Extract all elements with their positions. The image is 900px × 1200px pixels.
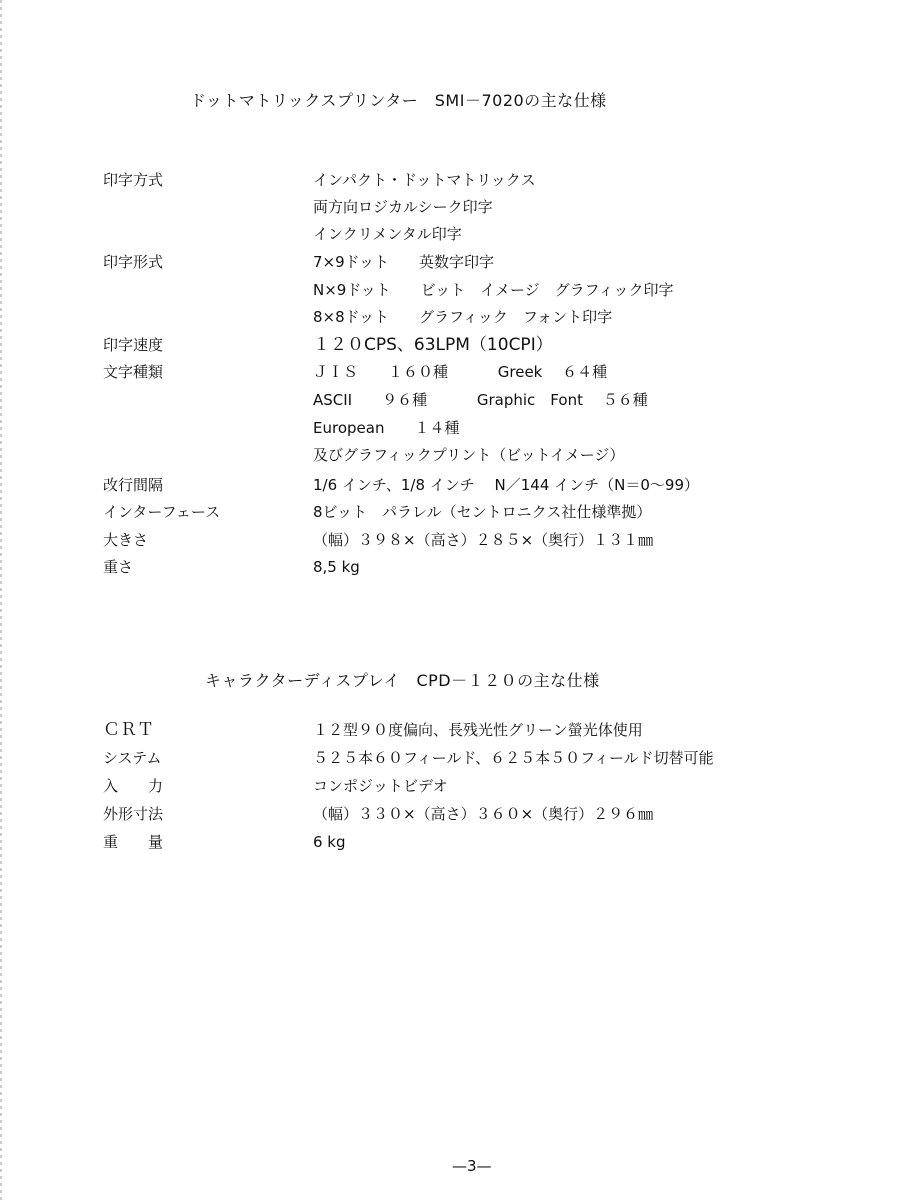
- display-section-title: キャラクターディスプレイ CPD－１２０の主な仕様: [205, 668, 600, 691]
- spec-value: 7×9ドット 英数字印字: [313, 252, 494, 272]
- printer-section-title: ドットマトリックスプリンター SMI－7020の主な仕様: [190, 88, 607, 111]
- spec-value: 8ビット パラレル（セントロニクス社仕様準拠）: [313, 502, 651, 522]
- spec-value: 8×8ドット グラフィック フォント印字: [313, 307, 612, 327]
- spec-value: （幅）３３０×（高さ）３６０×（奥行）２９６㎜: [313, 804, 653, 824]
- spec-value: 及びグラフィックプリント（ビットイメージ）: [313, 445, 624, 465]
- spec-label: 文字種類: [103, 362, 163, 382]
- spec-value: 両方向ロジカルシーク印字: [313, 197, 493, 217]
- spec-value: （幅）３９８×（高さ）２８５×（奥行）１３１㎜: [313, 530, 653, 550]
- spec-label: 入 力: [103, 776, 163, 796]
- spec-label: システム: [103, 748, 162, 768]
- page-edge: [0, 0, 2, 1200]
- spec-value: ５２５本６０フィールド、６２５本５０フィールド切替可能: [313, 748, 714, 768]
- spec-value: インパクト・ドットマトリックス: [313, 170, 536, 190]
- spec-label: 大きさ: [103, 530, 148, 550]
- page-number: —3—: [452, 1157, 492, 1175]
- spec-value: ＪＩＳ １６０種 Greek ６４種: [313, 362, 607, 382]
- spec-value: 8,5 kg: [313, 557, 360, 577]
- spec-value: 1/6 インチ、1/8 インチ N／144 インチ（N＝0〜99）: [313, 475, 699, 495]
- spec-label: 印字方式: [103, 170, 163, 190]
- spec-label: 印字速度: [103, 335, 163, 355]
- spec-value: １２０CPS、63LPM（10CPI）: [313, 335, 553, 355]
- spec-label: ＣＲＴ: [103, 720, 154, 740]
- spec-value: インクリメンタル印字: [313, 224, 462, 244]
- spec-value: 6 kg: [313, 832, 346, 852]
- spec-value: N×9ドット ビット イメージ グラフィック印字: [313, 280, 674, 300]
- spec-value: コンポジットビデオ: [313, 776, 448, 796]
- spec-value: European １４種: [313, 418, 459, 438]
- spec-label: 重 量: [103, 832, 163, 852]
- spec-label: 改行間隔: [103, 475, 163, 495]
- spec-label: 印字形式: [103, 252, 163, 272]
- spec-value: １２型９０度偏向、長残光性グリーン螢光体使用: [313, 720, 643, 740]
- spec-value: ASCII ９６種 Graphic Font ５６種: [313, 390, 648, 410]
- spec-label: 外形寸法: [103, 804, 163, 824]
- spec-label: インターフェース: [103, 502, 220, 522]
- spec-label: 重さ: [103, 557, 133, 577]
